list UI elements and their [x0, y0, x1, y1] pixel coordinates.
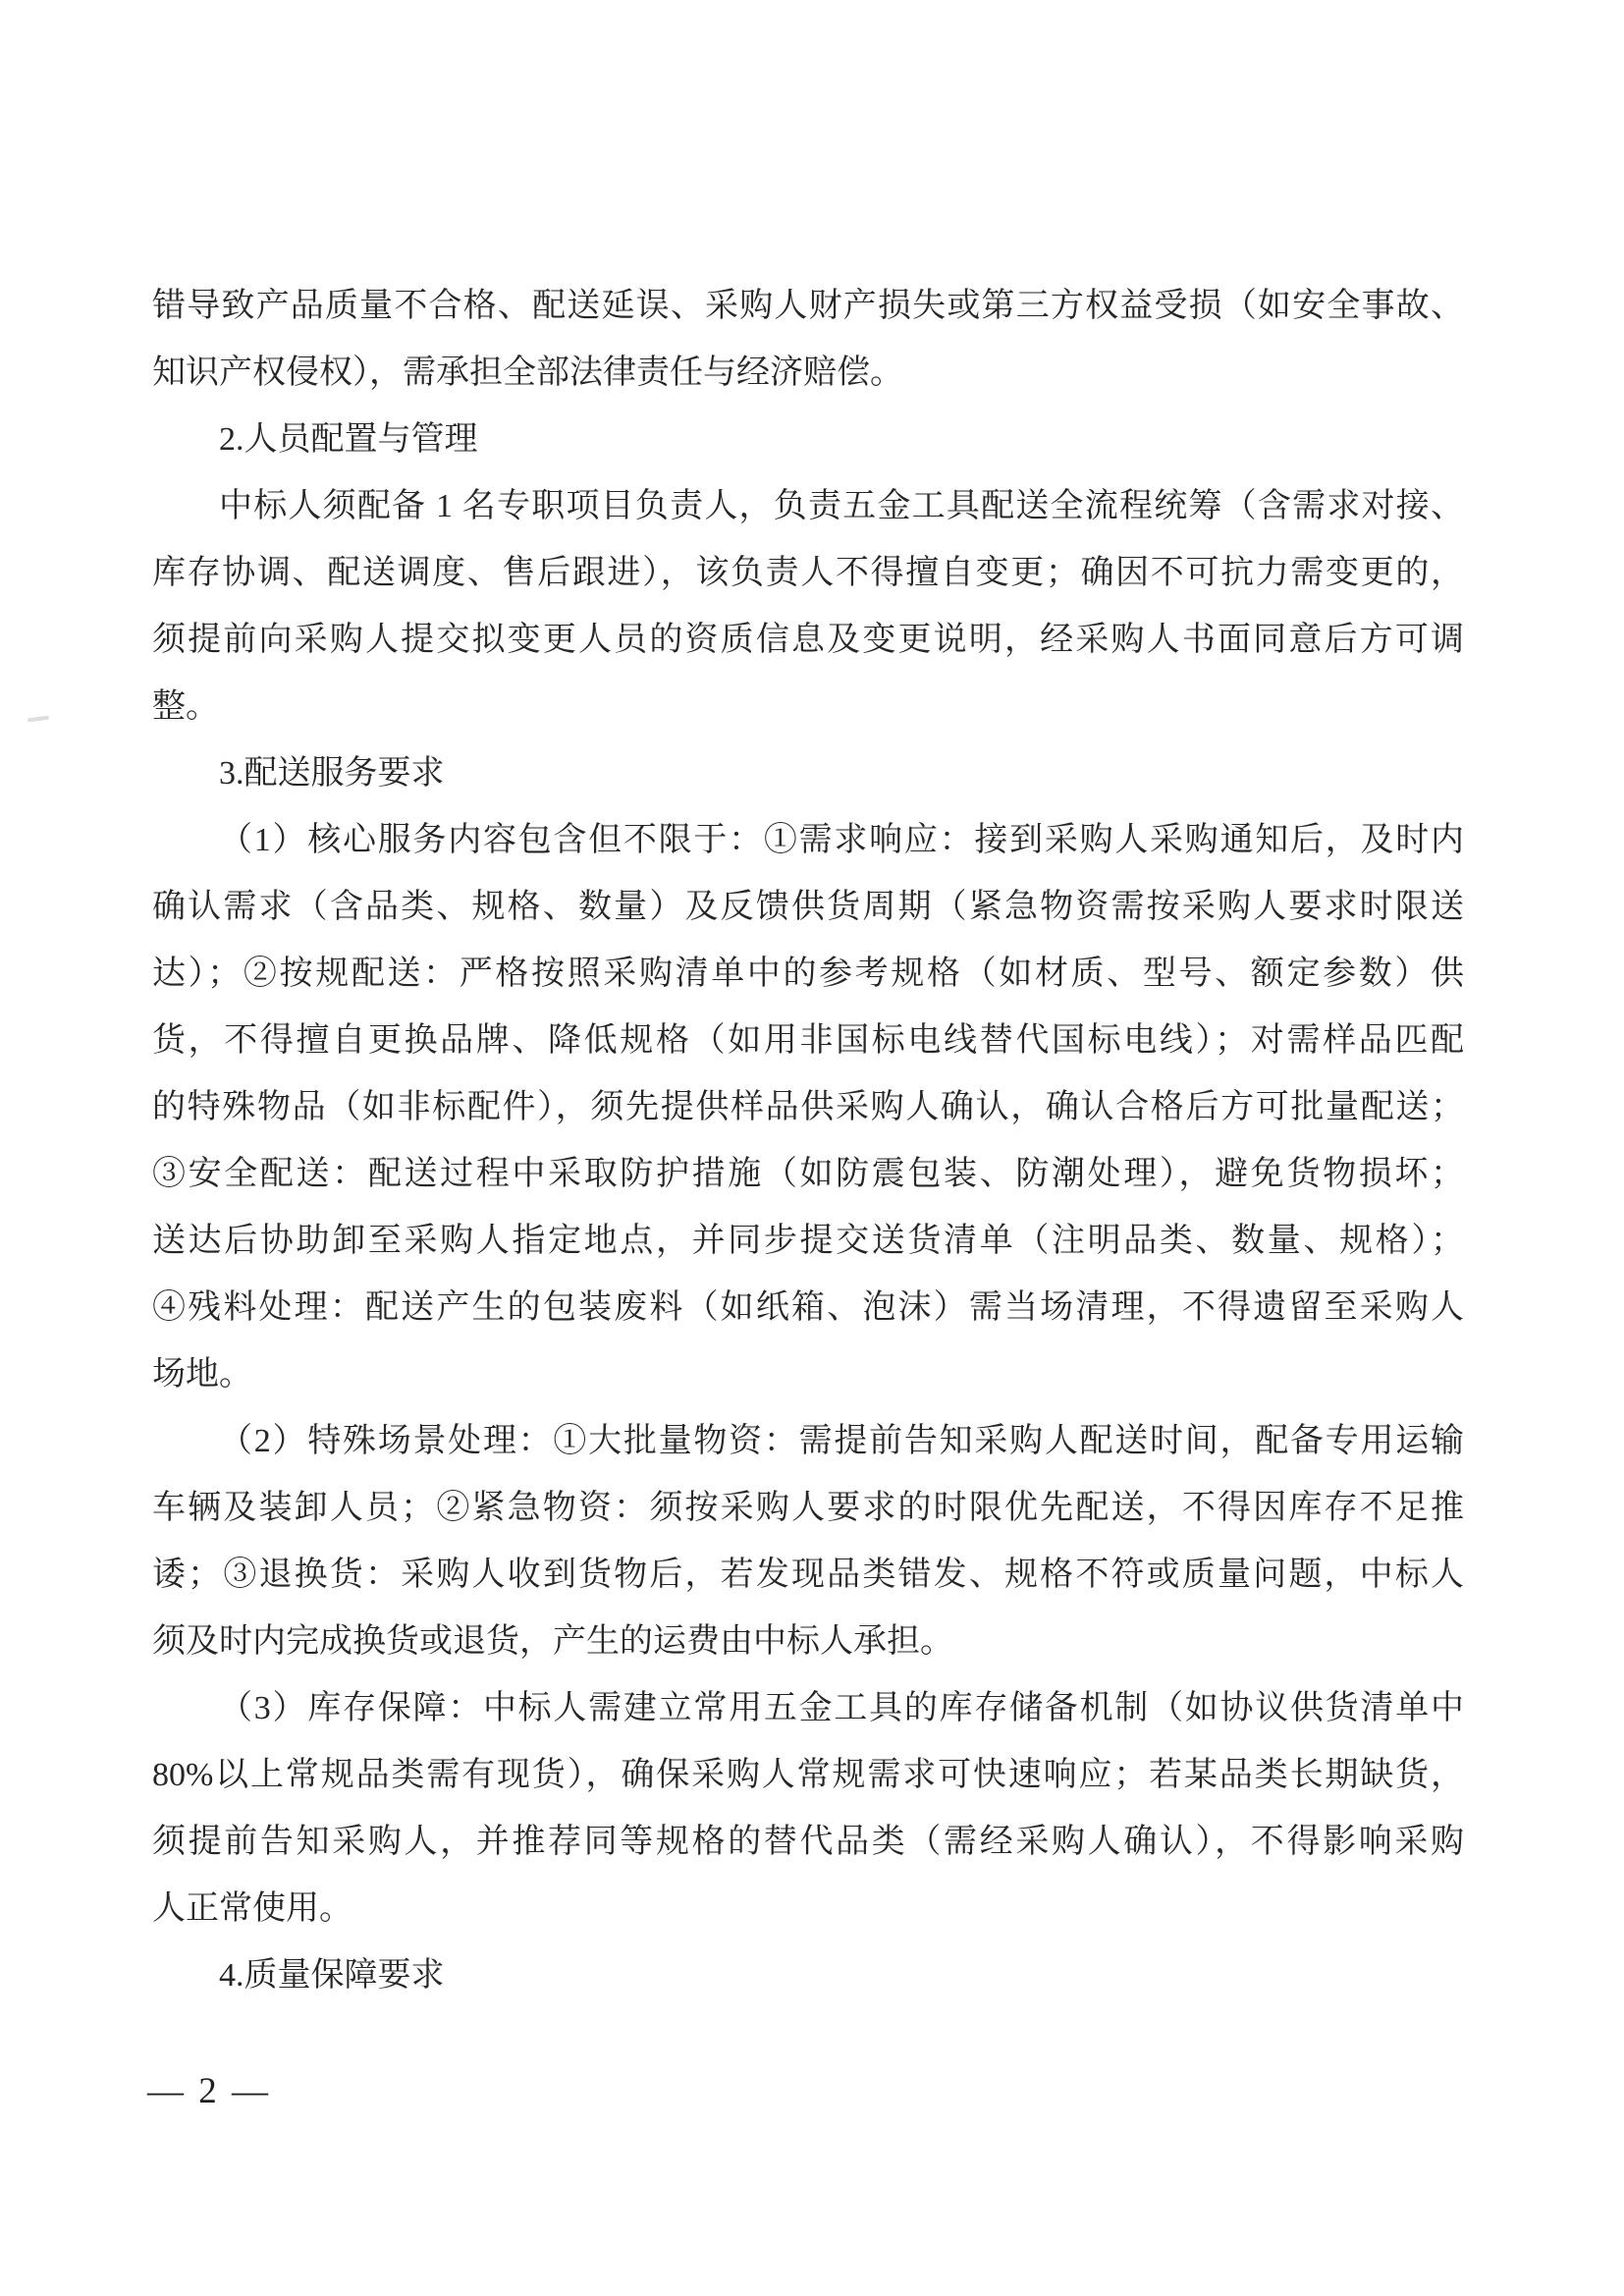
- text-line: 库存协调、配送调度、售后跟进），该负责人不得擅自变更；确因不可抗力需变更的，: [152, 540, 1464, 607]
- text-line: ④残料处理：配送产生的包装废料（如纸箱、泡沫）需当场清理，不得遗留至采购人: [152, 1275, 1464, 1341]
- text-line: 场地。: [152, 1341, 1464, 1408]
- text-line: ③安全配送：配送过程中采取防护措施（如防震包装、防潮处理），避免货物损坏；: [152, 1141, 1464, 1208]
- text-line: （2）特殊场景处理：①大批量物资：需提前告知采购人配送时间，配备专用运输: [152, 1408, 1464, 1475]
- text-line: 80%以上常规品类需有现货），确保采购人常规需求可快速响应；若某品类长期缺货，: [152, 1742, 1464, 1809]
- text-line: 整。: [152, 674, 1464, 740]
- text-line: 确认需求（含品类、规格、数量）及反馈供货周期（紧急物资需按采购人要求时限送: [152, 874, 1464, 941]
- text-line: 诿；③退换货：采购人收到货物后，若发现品类错发、规格不符或质量问题，中标人: [152, 1542, 1464, 1609]
- text-line: 须提前告知采购人，并推荐同等规格的替代品类（需经采购人确认），不得影响采购: [152, 1809, 1464, 1876]
- text-line: 送达后协助卸至采购人指定地点，并同步提交送货清单（注明品类、数量、规格）；: [152, 1208, 1464, 1275]
- document-page: 错导致产品质量不合格、配送延误、采购人财产损失或第三方权益受损（如安全事故、知识…: [0, 0, 1624, 2296]
- document-body: 错导致产品质量不合格、配送延误、采购人财产损失或第三方权益受损（如安全事故、知识…: [152, 273, 1464, 2009]
- text-line: 4.质量保障要求: [152, 1942, 1464, 2009]
- text-line: 知识产权侵权），需承担全部法律责任与经济赔偿。: [152, 340, 1464, 407]
- text-line: 错导致产品质量不合格、配送延误、采购人财产损失或第三方权益受损（如安全事故、: [152, 273, 1464, 340]
- text-line: 货，不得擅自更换品牌、降低规格（如用非国标电线替代国标电线）；对需样品匹配: [152, 1008, 1464, 1074]
- text-line: 中标人须配备 1 名专职项目负责人，负责五金工具配送全流程统筹（含需求对接、: [152, 473, 1464, 540]
- text-line: 达）；②按规配送：严格按照采购清单中的参考规格（如材质、型号、额定参数）供: [152, 941, 1464, 1008]
- text-line: （1）核心服务内容包含但不限于：①需求响应：接到采购人采购通知后，及时内: [152, 807, 1464, 874]
- text-line: 须及时内完成换货或退货，产生的运费由中标人承担。: [152, 1609, 1464, 1675]
- text-line: 须提前向采购人提交拟变更人员的资质信息及变更说明，经采购人书面同意后方可调: [152, 607, 1464, 674]
- text-line: 2.人员配置与管理: [152, 407, 1464, 473]
- page-number: — 2 —: [147, 2070, 271, 2112]
- text-line: 的特殊物品（如非标配件），须先提供样品供采购人确认，确认合格后方可批量配送；: [152, 1074, 1464, 1141]
- scan-artifact: [27, 715, 49, 722]
- text-line: 3.配送服务要求: [152, 740, 1464, 807]
- text-line: （3）库存保障：中标人需建立常用五金工具的库存储备机制（如协议供货清单中: [152, 1675, 1464, 1742]
- text-line: 车辆及装卸人员；②紧急物资：须按采购人要求的时限优先配送，不得因库存不足推: [152, 1475, 1464, 1542]
- text-line: 人正常使用。: [152, 1876, 1464, 1942]
